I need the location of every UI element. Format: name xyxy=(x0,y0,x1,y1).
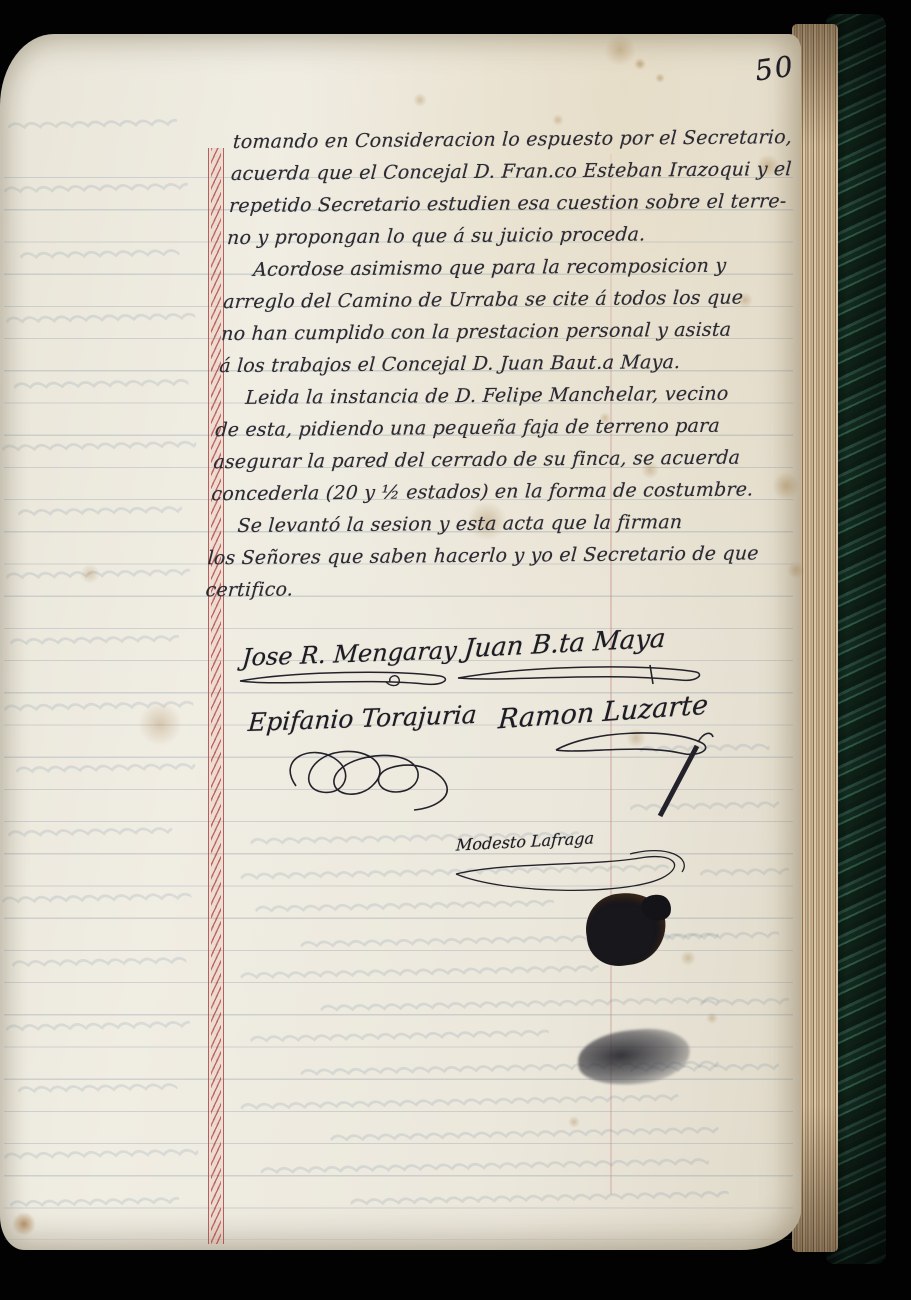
foxing-spot xyxy=(12,1212,36,1236)
margin-rule-left-line xyxy=(208,148,209,1244)
handwritten-line: Acordose asimismo que para la recomposic… xyxy=(224,249,786,286)
handwritten-line: tomando en Consideracion lo espuesto por… xyxy=(232,121,794,158)
foxing-spot xyxy=(413,93,427,107)
foxing-spot xyxy=(604,34,636,66)
handwritten-line: Se levantó la sesion y esta acta que la … xyxy=(209,505,771,542)
foxing-spot xyxy=(772,472,800,500)
margin-rule-zigzag xyxy=(211,148,221,1244)
foxing-spot xyxy=(634,58,646,70)
handwritten-line: arreglo del Camino de Urraba se cite á t… xyxy=(222,281,784,318)
handwritten-line: no y propongan lo que á su juicio proced… xyxy=(226,217,788,254)
signature-flourish xyxy=(236,668,458,692)
ghost-writing-line xyxy=(19,246,182,265)
foxing-spot xyxy=(138,702,182,746)
handwritten-line: asegurar la pared del cerrado de su finc… xyxy=(212,441,774,478)
page-number: 50 xyxy=(753,49,797,87)
handwritten-line: Leida la instancia de D. Felipe Manchela… xyxy=(216,377,778,414)
signature-flourish xyxy=(548,726,738,822)
body-text: tomando en Consideracion lo espuesto por… xyxy=(205,121,794,606)
ghost-writing-line xyxy=(699,865,792,883)
rubric-flourish xyxy=(268,740,478,818)
handwritten-line: concederla (20 y ½ estados) en la forma … xyxy=(211,473,773,510)
foxing-spot xyxy=(680,950,696,966)
ghost-writing-line xyxy=(7,824,175,843)
handwritten-line: los Señores que saben hacerlo y yo el Se… xyxy=(207,537,769,574)
handwritten-line: á los trabajos el Concejal D. Juan Baut.… xyxy=(218,345,780,382)
handwritten-line: no han cumplido con la prestacion person… xyxy=(220,313,782,350)
ghost-writing-line xyxy=(7,116,179,136)
ghost-writing-line xyxy=(699,995,792,1013)
handwritten-line: de esta, pidiendo una pequeña faja de te… xyxy=(214,409,776,446)
foxing-spot xyxy=(655,73,665,83)
handwritten-line: certifico. xyxy=(205,569,767,606)
handwritten-line: acuerda que el Concejal D. Fran.co Esteb… xyxy=(230,153,792,190)
handwritten-line: repetido Secretario estudien esa cuestio… xyxy=(228,185,790,222)
foxing-spot xyxy=(706,1012,718,1024)
signature-flourish xyxy=(444,848,700,898)
signature-flourish xyxy=(452,662,708,688)
foxing-spot xyxy=(787,561,805,579)
foxing-spot xyxy=(568,1116,580,1128)
ghost-writing-line xyxy=(17,1080,180,1099)
manuscript-photo: 50 tomando en Consideracion lo espuesto … xyxy=(0,0,911,1300)
ghost-writing-line xyxy=(17,503,185,522)
foxing-spot xyxy=(80,564,100,584)
